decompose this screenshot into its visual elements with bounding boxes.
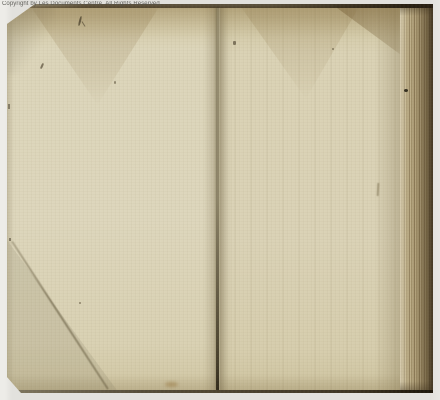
ink-speck bbox=[8, 104, 10, 109]
ink-speck bbox=[332, 48, 334, 50]
ink-speck bbox=[79, 302, 81, 304]
open-book bbox=[7, 4, 433, 393]
ink-speck bbox=[233, 41, 236, 45]
ink-speck bbox=[9, 238, 11, 241]
book-bottom-edge bbox=[13, 390, 433, 393]
scanned-book-image: Copyright by Les Documents Centre. All R… bbox=[0, 0, 440, 400]
ink-speck bbox=[114, 81, 116, 84]
gutter-line bbox=[216, 7, 219, 390]
corner-shade-top-left bbox=[7, 4, 55, 74]
brown-stain-bottom bbox=[165, 382, 178, 387]
copyright-watermark: Copyright by Les Documents Centre. All R… bbox=[2, 1, 162, 8]
ink-speck bbox=[404, 89, 408, 92]
fore-edge-page-stack bbox=[400, 4, 433, 393]
